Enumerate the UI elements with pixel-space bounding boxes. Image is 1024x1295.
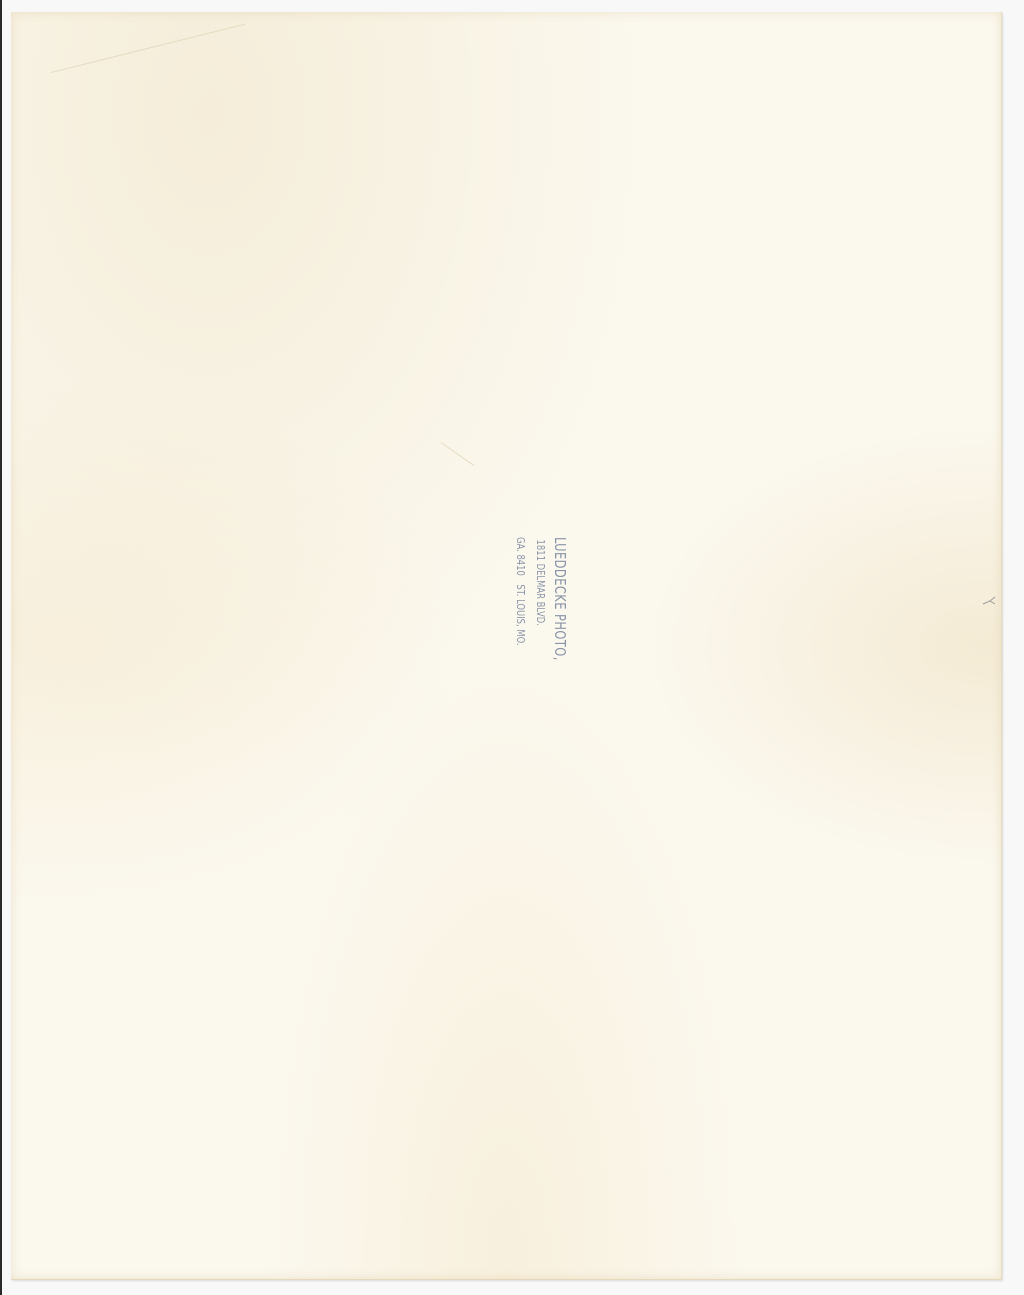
- scanner-edge: [0, 0, 2, 1295]
- stamp-phone: GA. 8410: [514, 537, 527, 576]
- paper-crease: [441, 442, 474, 466]
- stamp-studio-name: LUEDDECKE PHOTO,: [550, 537, 570, 690]
- stamp-address: 1811 DELMAR BLVD.: [530, 537, 550, 690]
- paper-crease: [51, 24, 245, 73]
- stamp-city: ST. LOUIS, MO.: [514, 584, 527, 645]
- stamp-phone-city: GA. 8410ST. LOUIS, MO.: [510, 537, 530, 690]
- pencil-mark: [982, 596, 996, 606]
- photographer-stamp: LUEDDECKE PHOTO, 1811 DELMAR BLVD. GA. 8…: [500, 537, 570, 717]
